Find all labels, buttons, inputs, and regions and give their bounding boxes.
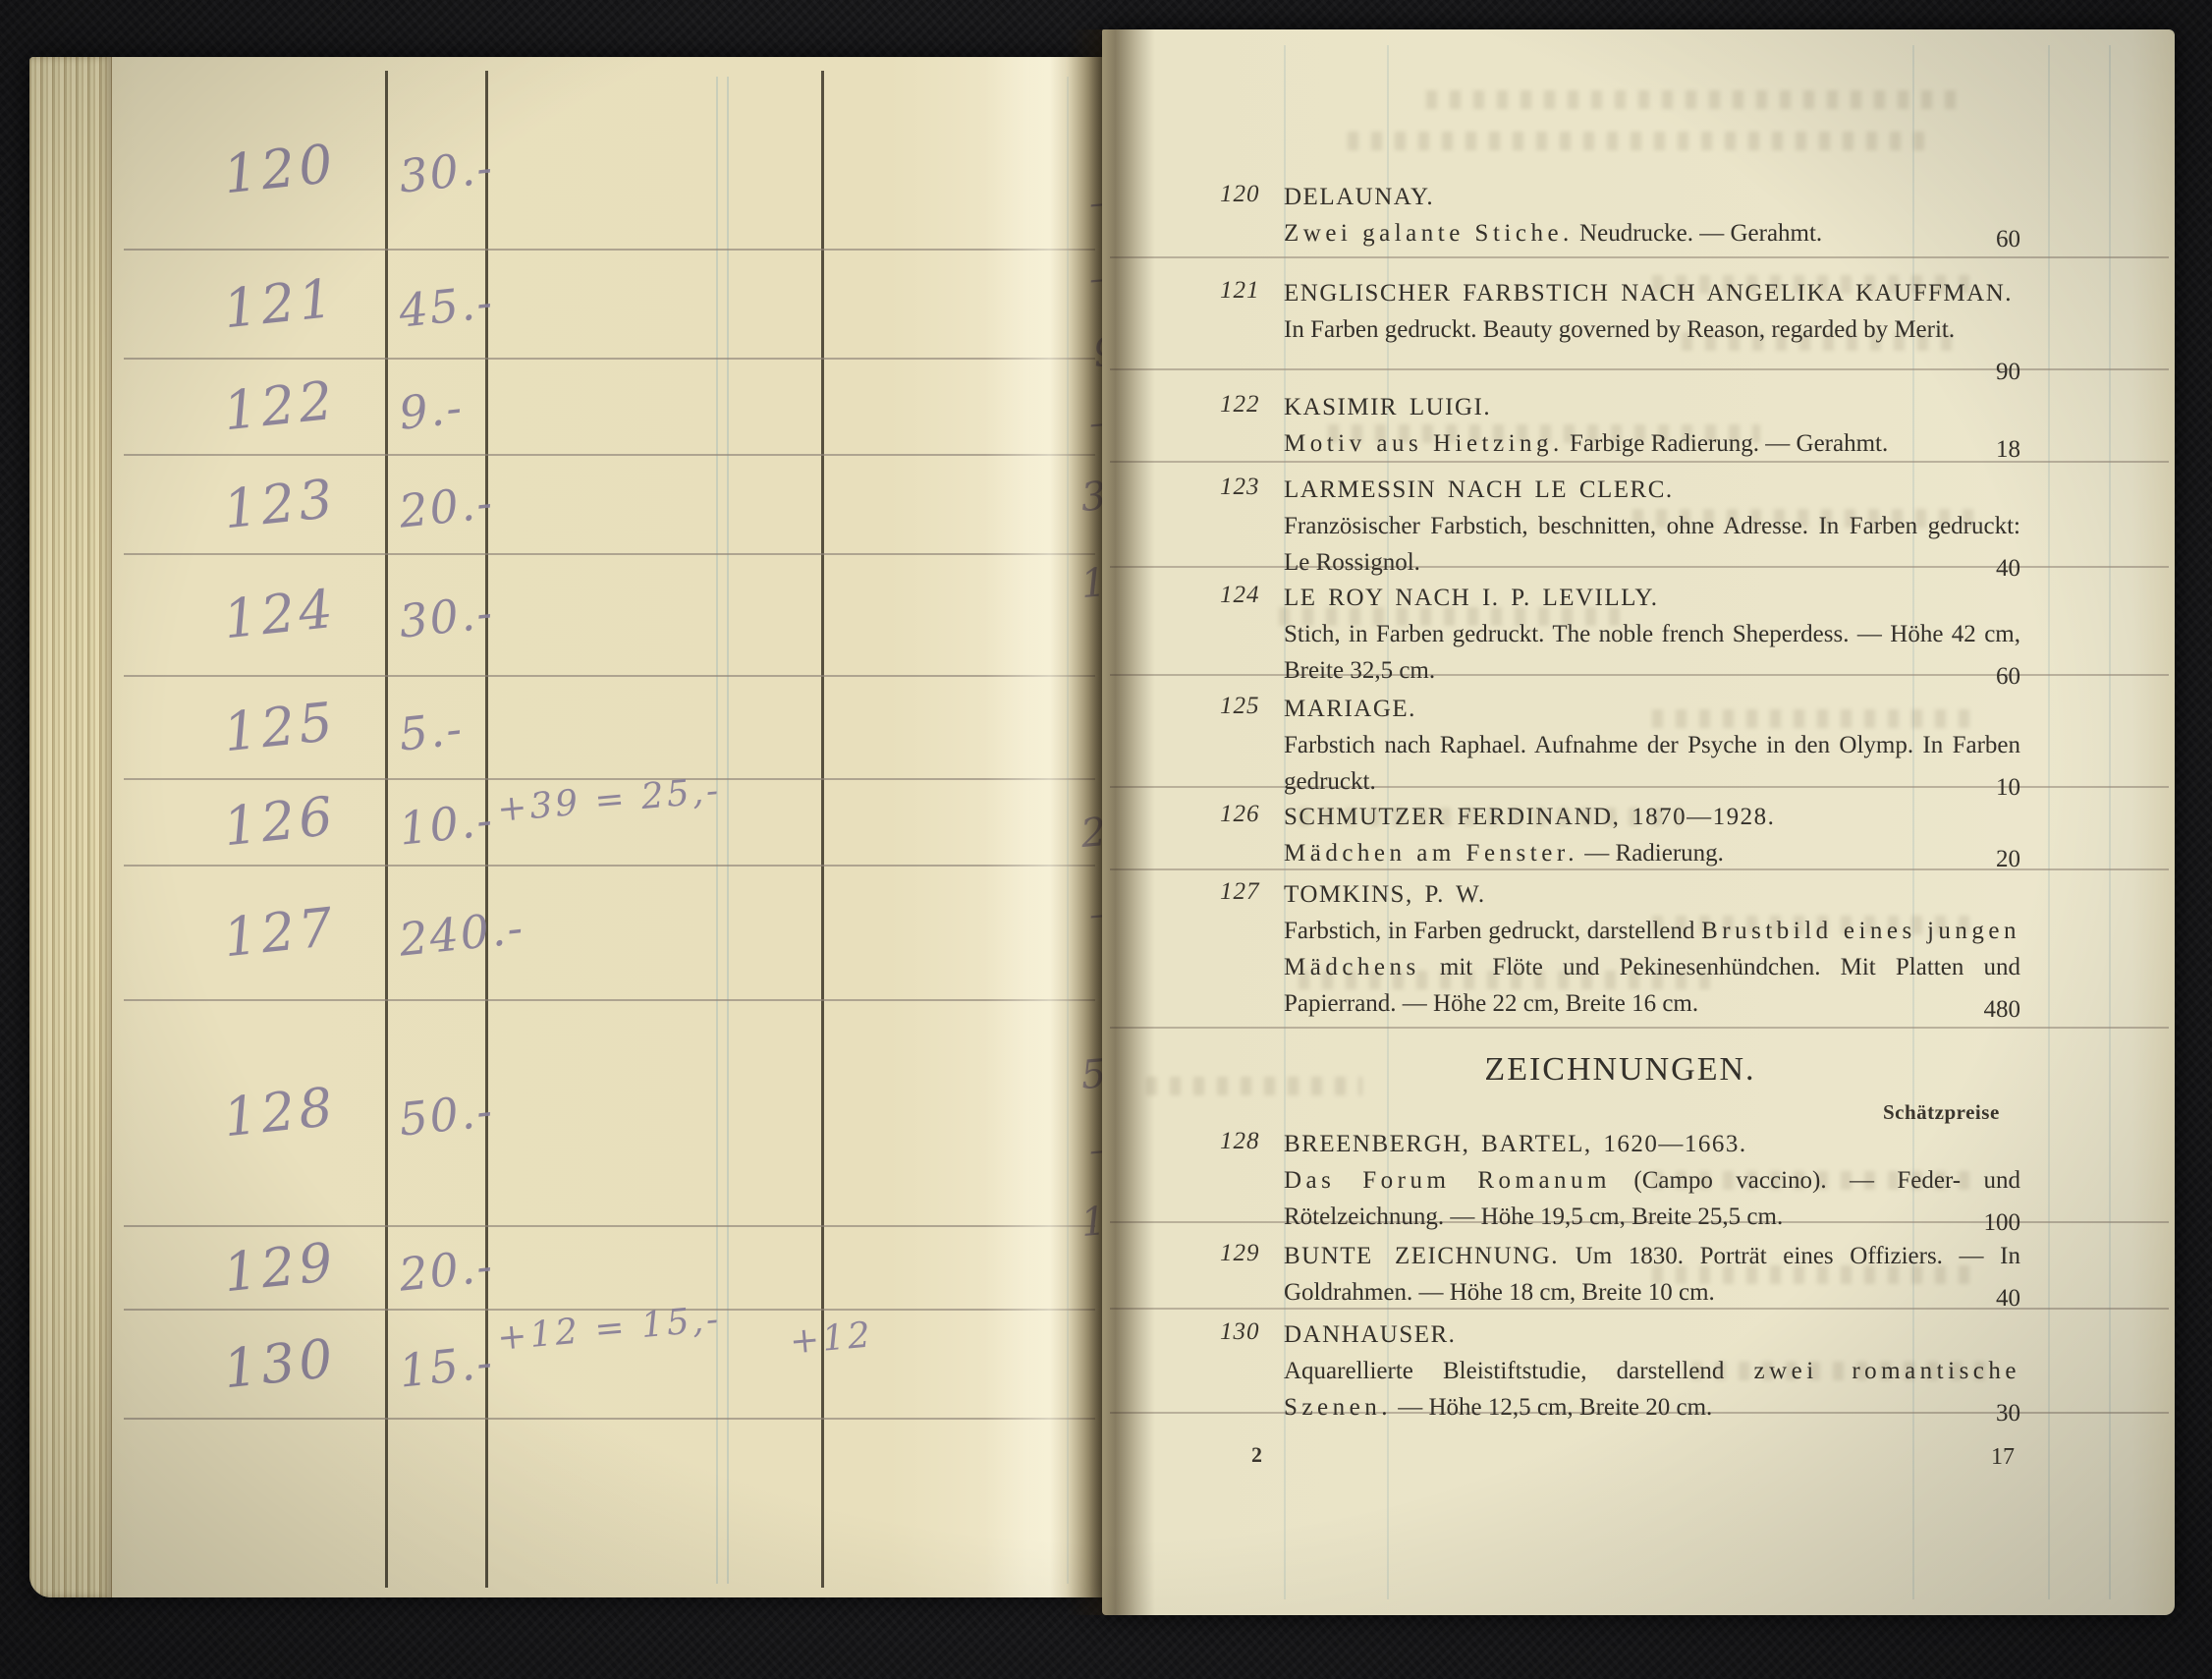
page-stack-edge (29, 57, 112, 1597)
entry-heading: DELAUNAY. (1284, 179, 2020, 215)
estimate-price: 40 (1996, 555, 2020, 583)
lot-number: 124 (1220, 582, 1260, 609)
catalog-entry-130: 130 DANHAUSER.Aquarellierte Bleistiftstu… (1220, 1316, 2020, 1429)
catalog-entry-129: 129 BUNTE ZEICHNUNG. Um 1830. Porträt ei… (1220, 1238, 2020, 1315)
lot-number: 125 (1220, 693, 1260, 720)
handwritten-note-mid: +12 (788, 1315, 874, 1362)
entry-text: MARIAGE.Farbstich nach Raphael. Aufnahme… (1284, 691, 2020, 800)
estimate-price: 18 (1996, 436, 2020, 464)
entry-heading: LARMESSIN NACH LE CLERC. (1284, 472, 2020, 508)
estimate-price: 20 (1996, 846, 2020, 873)
entry-text: ENGLISCHER FARBSTICH NACH ANGELIKA KAUFF… (1284, 275, 2020, 348)
page-number: 17 (1991, 1444, 2015, 1471)
handwritten-price: 30.- (397, 135, 549, 202)
entry-heading: MARIAGE. (1284, 691, 2020, 727)
entry-text: LE ROY NACH I. P. LEVILLY.Stich, in Farb… (1284, 580, 2020, 689)
entry-text-segment: Aquarellierte Bleistiftstudie, darstelle… (1284, 1358, 1753, 1384)
entry-heading: BUNTE ZEICHNUNG. (1284, 1243, 1559, 1269)
lot-number: 120 (1220, 181, 1260, 208)
entry-separator-line (1110, 1027, 2169, 1029)
open-auction-catalog: 120 30.- 121 45.- 122 9.- 123 20.- 124 3… (0, 0, 2212, 1679)
ledger-row: 120 30.- (112, 88, 1103, 249)
estimates-label: Schätzpreise (1883, 1100, 2000, 1125)
entry-text-segment: Neudrucke. — Gerahmt. (1574, 220, 1822, 247)
catalog-entry-124: 124 LE ROY NACH I. P. LEVILLY.Stich, in … (1220, 580, 2020, 693)
lot-number: 123 (1220, 474, 1260, 501)
catalog-entry-123: 123 LARMESSIN NACH LE CLERC.Französische… (1220, 472, 2020, 585)
entry-heading: SCHMUTZER FERDINAND, 1870—1928. (1284, 799, 2020, 835)
entry-text-segment: In Farben gedruckt. Beauty governed by R… (1284, 316, 1955, 343)
ledger-row: 125 5.- (112, 675, 1103, 778)
estimate-price: 480 (1984, 996, 2021, 1024)
ledger-row: 129 20.- (112, 1225, 1103, 1309)
bleedthrough-text (1348, 132, 1937, 150)
entry-text: TOMKINS, P. W.Farbstich, in Farben gedru… (1284, 876, 2020, 1022)
ledger-row: 121 45.- (112, 249, 1103, 358)
ledger-row-line (124, 1418, 1095, 1420)
handwritten-lot-number: 126 (164, 779, 395, 865)
handwritten-lot-number: 129 (164, 1224, 395, 1310)
catalog-entry-127: 127 TOMKINS, P. W.Farbstich, in Farben g… (1220, 876, 2020, 1026)
handwritten-lot-number: 127 (164, 889, 395, 975)
handwritten-price: 5.- (397, 693, 549, 760)
handwritten-lot-number: 130 (164, 1320, 395, 1406)
signature-mark: 2 (1251, 1442, 1262, 1468)
catalog-entry-122: 122 KASIMIR LUIGI.Motiv aus Hietzing. Fa… (1220, 389, 2020, 466)
ledger-row: 127 240.- (112, 865, 1103, 999)
handwritten-note: +39 = 25,- (496, 770, 723, 830)
handwritten-price: 50.- (397, 1078, 549, 1146)
entry-text: DELAUNAY.Zwei galante Stiche. Neudrucke.… (1284, 179, 2020, 252)
entry-text: LARMESSIN NACH LE CLERC.Französischer Fa… (1284, 472, 2020, 581)
estimate-price: 30 (1996, 1400, 2020, 1427)
lot-number: 126 (1220, 801, 1260, 828)
lot-number: 122 (1220, 391, 1260, 419)
ledger-page-left: 120 30.- 121 45.- 122 9.- 123 20.- 124 3… (29, 57, 1103, 1597)
catalog-entry-121: 121 ENGLISCHER FARBSTICH NACH ANGELIKA K… (1220, 275, 2020, 388)
entry-heading: KASIMIR LUIGI. (1284, 389, 2020, 425)
handwritten-lot-number: 125 (164, 684, 395, 769)
handwritten-lot-number: 123 (164, 461, 395, 546)
entry-text-segment: — Höhe 12,5 cm, Breite 20 cm. (1392, 1394, 1712, 1421)
ledger-row: 122 9.- (112, 358, 1103, 454)
entry-heading: DANHAUSER. (1284, 1316, 2020, 1353)
estimate-price: 40 (1996, 1285, 2020, 1313)
entry-text-segment: Stich, in Farben gedruckt. The noble fre… (1284, 621, 2020, 684)
bleedthrough-text (1426, 90, 1957, 109)
entry-text: DANHAUSER.Aquarellierte Bleistiftstudie,… (1284, 1316, 2020, 1426)
entry-text-segment: Farbstich nach Raphael. Aufnahme der Psy… (1284, 732, 2020, 795)
catalog-entry-126: 126 SCHMUTZER FERDINAND, 1870—1928.Mädch… (1220, 799, 2020, 875)
handwritten-price: 45.- (397, 269, 549, 337)
ledger-row: 126 10.- +39 = 25,- (112, 778, 1103, 865)
handwritten-lot-number: 128 (164, 1070, 395, 1155)
entry-text-segment: Farbstich, in Farben gedruckt, darstelle… (1284, 918, 1701, 944)
handwritten-price: 20.- (397, 470, 549, 537)
handwritten-lot-number: 121 (164, 260, 395, 346)
entry-text: KASIMIR LUIGI.Motiv aus Hietzing. Farbig… (1284, 389, 2020, 462)
lot-number: 130 (1220, 1318, 1260, 1346)
entry-text-segment: Motiv aus Hietzing. (1284, 430, 1564, 457)
entry-text-segment: Französischer Farbstich, beschnitten, oh… (1284, 513, 2020, 576)
entry-text: BREENBERGH, BARTEL, 1620—1663.Das Forum … (1284, 1126, 2020, 1235)
estimate-price: 10 (1996, 774, 2020, 802)
lot-number: 129 (1220, 1240, 1260, 1267)
handwritten-price: 240.- (397, 898, 549, 966)
catalog-entry-120: 120 DELAUNAY.Zwei galante Stiche. Neudru… (1220, 179, 2020, 255)
estimate-price: 60 (1996, 663, 2020, 691)
handwritten-note: +12 = 15,- (496, 1299, 723, 1359)
entry-text-segment: Das Forum Romanum (1284, 1167, 1611, 1194)
handwritten-price: 20.- (397, 1233, 549, 1301)
lot-number: 121 (1220, 277, 1260, 305)
entry-text-segment: Mädchen am Fenster. (1284, 840, 1578, 867)
section-heading: ZEICHNUNGEN. (1220, 1051, 2020, 1089)
entry-heading: ENGLISCHER FARBSTICH NACH ANGELIKA KAUFF… (1284, 275, 2020, 311)
page-fold-shading (985, 57, 1103, 1597)
entry-heading: BREENBERGH, BARTEL, 1620—1663. (1284, 1126, 2020, 1162)
entry-separator-line (1110, 256, 2169, 258)
estimate-price: 90 (1996, 359, 2020, 386)
entry-text-segment: Zwei galante Stiche. (1284, 220, 1574, 247)
ledger-row: 124 30.- (112, 553, 1103, 675)
ledger-writing-area: 120 30.- 121 45.- 122 9.- 123 20.- 124 3… (112, 57, 1103, 1597)
ledger-row: 123 20.- (112, 454, 1103, 553)
lot-number: 128 (1220, 1128, 1260, 1155)
entry-text-segment: — Radierung. (1578, 840, 1724, 867)
estimate-price: 60 (1996, 226, 2020, 253)
showthrough-blue-rule (2048, 45, 2050, 1599)
estimate-price: 100 (1984, 1209, 2021, 1237)
handwritten-price: 30.- (397, 580, 549, 647)
ledger-row: 130 15.- +12 = 15,- +12 (112, 1309, 1103, 1418)
handwritten-lot-number: 120 (164, 126, 395, 211)
catalog-entry-125: 125 MARIAGE.Farbstich nach Raphael. Aufn… (1220, 691, 2020, 804)
entry-text-segment: Farbige Radierung. — Gerahmt. (1564, 430, 1888, 457)
handwritten-price: 9.- (397, 371, 549, 439)
handwritten-lot-number: 122 (164, 364, 395, 449)
entry-heading: TOMKINS, P. W. (1284, 876, 2020, 913)
entry-text: SCHMUTZER FERDINAND, 1870—1928.Mädchen a… (1284, 799, 2020, 871)
showthrough-blue-rule (2109, 45, 2111, 1599)
catalog-page-right: 120 DELAUNAY.Zwei galante Stiche. Neudru… (1102, 29, 2175, 1615)
entry-text: BUNTE ZEICHNUNG. Um 1830. Porträt eines … (1284, 1238, 2020, 1311)
catalog-entry-128: 128 BREENBERGH, BARTEL, 1620—1663.Das Fo… (1220, 1126, 2020, 1239)
entry-heading: LE ROY NACH I. P. LEVILLY. (1284, 580, 2020, 616)
ledger-row: 128 50.- (112, 999, 1103, 1225)
lot-number: 127 (1220, 878, 1260, 906)
handwritten-lot-number: 124 (164, 572, 395, 657)
